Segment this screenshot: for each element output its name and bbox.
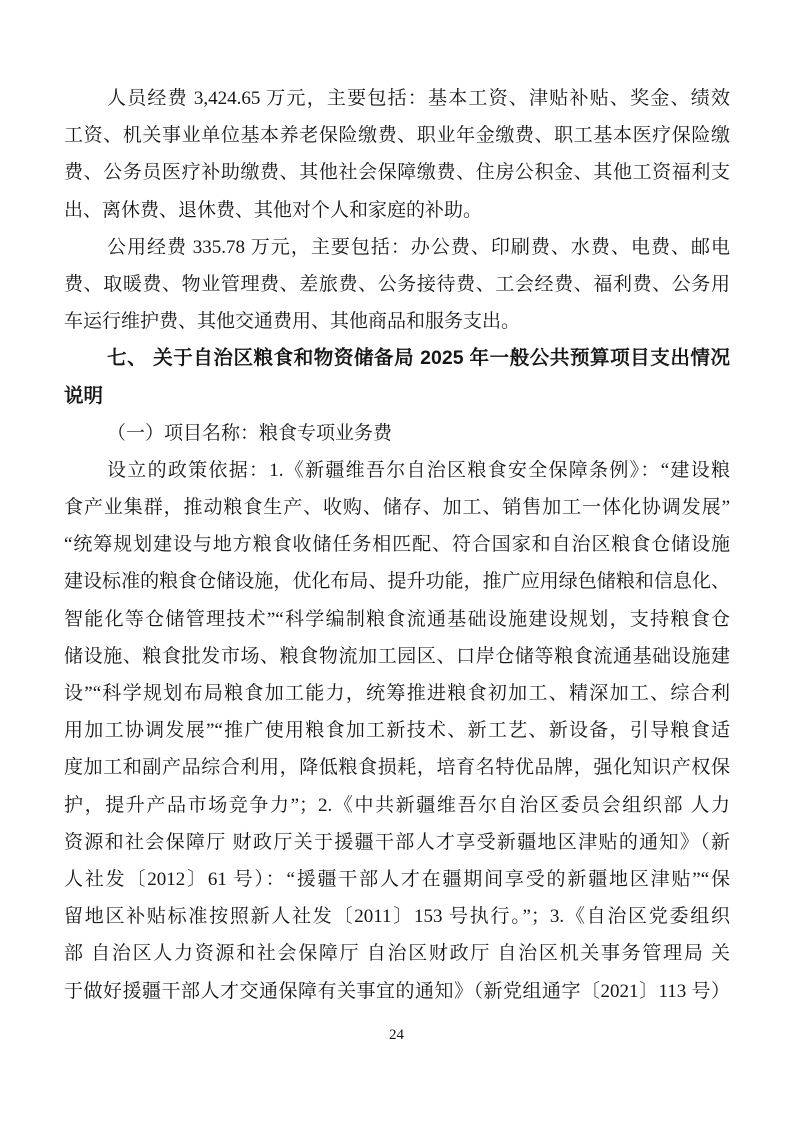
text-line: 留地区补贴标准按照新人社发〔2011〕153 号执行。”；3.《自治区党委组织 (64, 898, 730, 935)
section-heading-7: 七、 关于自治区粮食和物资储备局 2025 年一般公共预算项目支出情况 说明 (64, 340, 730, 414)
document-page: 人员经费 3,424.65 万元，主要包括：基本工资、津贴补贴、奖金、绩效 工资… (0, 0, 793, 1122)
text-line: 公用经费 335.78 万元，主要包括：办公费、印刷费、水费、电费、邮电 (64, 229, 730, 266)
page-number: 24 (0, 1027, 793, 1044)
text-line: 建设标准的粮食仓储设施，优化布局、提升功能，推广应用绿色储粮和信息化、 (64, 563, 730, 600)
text-line: 于做好援疆干部人才交通保障有关事宜的通知》（新党组通字〔2021〕113 号） (64, 973, 730, 1010)
text-line: 人社发〔2012〕61 号）：“援疆干部人才在疆期间享受的新疆地区津贴”“保 (64, 861, 730, 898)
text-line: 食产业集群，推动粮食生产、收购、储存、加工、销售加工一体化协调发展” (64, 489, 730, 526)
paragraph-policy-basis: 设立的政策依据：1.《新疆维吾尔自治区粮食安全保障条例》：“建设粮 食产业集群，… (64, 452, 730, 1010)
text-line: 费、取暖费、物业管理费、差旅费、公务接待费、工会经费、福利费、公务用 (64, 266, 730, 303)
text-line: 出、离休费、退休费、其他对个人和家庭的补助。 (64, 192, 730, 229)
text-line: “统筹规划建设与地方粮食收储任务相匹配、符合国家和自治区粮食仓储设施 (64, 526, 730, 563)
text-line: 储设施、粮食批发市场、粮食物流加工园区、口岸仓储等粮食流通基础设施建 (64, 638, 730, 675)
text-line: 资源和社会保障厅 财政厅关于援疆干部人才享受新疆地区津贴的通知》（新 (64, 824, 730, 861)
text-line: 设”“科学规划布局粮食加工能力，统筹推进粮食初加工、精深加工、综合利 (64, 675, 730, 712)
paragraph-project-name: （一）项目名称：粮食专项业务费 (64, 415, 730, 452)
heading-line: 说明 (64, 378, 730, 415)
text-line: 智能化等仓储管理技术”“科学编制粮食流通基础设施建设规划，支持粮食仓 (64, 601, 730, 638)
text-line: 部 自治区人力资源和社会保障厅 自治区财政厅 自治区机关事务管理局 关 (64, 935, 730, 972)
text-line: 工资、机关事业单位基本养老保险缴费、职业年金缴费、职工基本医疗保险缴 (64, 117, 730, 154)
heading-line: 七、 关于自治区粮食和物资储备局 2025 年一般公共预算项目支出情况 (64, 340, 730, 377)
text-line: （一）项目名称：粮食专项业务费 (64, 415, 730, 452)
text-line: 车运行维护费、其他交通费用、其他商品和服务支出。 (64, 303, 730, 340)
text-line: 用加工协调发展”“推广使用粮食加工新技术、新工艺、新设备，引导粮食适 (64, 712, 730, 749)
text-line: 设立的政策依据：1.《新疆维吾尔自治区粮食安全保障条例》：“建设粮 (64, 452, 730, 489)
text-line: 度加工和副产品综合利用，降低粮食损耗，培育名特优品牌，强化知识产权保 (64, 749, 730, 786)
paragraph-public-expenses: 公用经费 335.78 万元，主要包括：办公费、印刷费、水费、电费、邮电 费、取… (64, 229, 730, 341)
text-line: 护，提升产品市场竞争力”；2.《中共新疆维吾尔自治区委员会组织部 人力 (64, 787, 730, 824)
paragraph-personnel-expenses: 人员经费 3,424.65 万元，主要包括：基本工资、津贴补贴、奖金、绩效 工资… (64, 80, 730, 229)
text-line: 人员经费 3,424.65 万元，主要包括：基本工资、津贴补贴、奖金、绩效 (64, 80, 730, 117)
text-line: 费、公务员医疗补助缴费、其他社会保障缴费、住房公积金、其他工资福利支 (64, 154, 730, 191)
document-body: 人员经费 3,424.65 万元，主要包括：基本工资、津贴补贴、奖金、绩效 工资… (64, 80, 730, 1010)
